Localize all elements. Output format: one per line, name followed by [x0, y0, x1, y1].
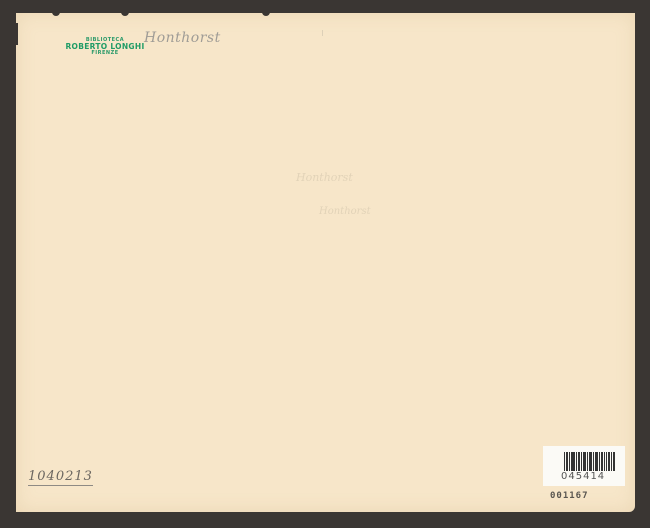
- paper-notch: [52, 11, 60, 16]
- faint-pencil-note-2: Honthorst: [319, 206, 371, 217]
- faint-pencil-note-1: Honthorst: [296, 171, 353, 184]
- barcode-label: 045414: [543, 446, 625, 486]
- stamp-line-3: FIRENZE: [60, 51, 150, 56]
- barcode-icon: [564, 452, 616, 471]
- paper-edge-chip: [14, 23, 18, 45]
- document-sheet: BIBLIOTECA ROBERTO LONGHI FIRENZE Hontho…: [16, 13, 635, 512]
- pin-mark: [322, 30, 323, 36]
- catalog-stamp-number: 001167: [550, 491, 589, 501]
- inventory-number: 1040213: [28, 469, 93, 486]
- paper-notch: [121, 11, 129, 16]
- library-stamp: BIBLIOTECA ROBERTO LONGHI FIRENZE: [60, 38, 150, 56]
- pencil-artist-name: Honthorst: [144, 30, 221, 46]
- paper-notch: [262, 11, 270, 16]
- barcode-number: 045414: [561, 471, 605, 482]
